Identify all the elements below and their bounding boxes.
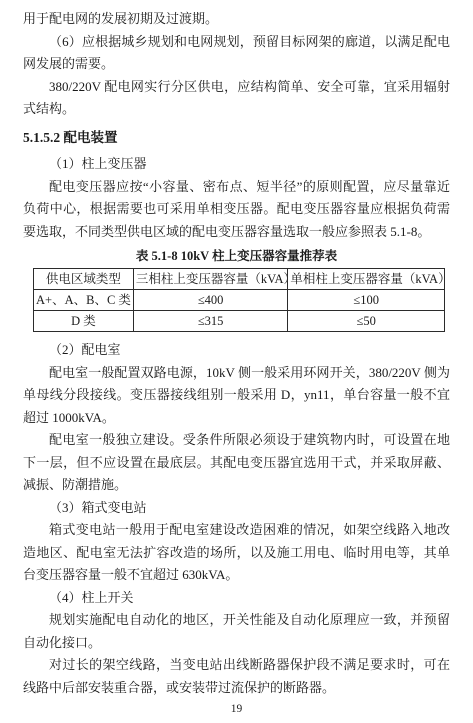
table-header-cell: 供电区域类型 bbox=[34, 269, 134, 290]
item2-body-2: 配电室一般独立建设。受条件所限必须设于建筑物内时，可设置在地下一层，但不应设置在… bbox=[23, 429, 450, 497]
item3-body: 箱式变电站一般用于配电室建设改造困难的情况，如架空线路入地改造地区、配电室无法扩… bbox=[23, 519, 450, 587]
table-header-cell: 单相柱上变压器容量（kVA） bbox=[288, 269, 445, 290]
item4-body-1: 规划实施配电自动化的地区，开关性能及自动化原理应一致，并预留自动化接口。 bbox=[23, 609, 450, 654]
item1-body: 配电变压器应按“小容量、密布点、短半径”的原则配置，应尽量靠近负荷中心，根据需要… bbox=[23, 176, 450, 244]
item1-title: （1）柱上变压器 bbox=[23, 153, 450, 176]
item2-body-1: 配电室一般配置双路电源，10kV 侧一般采用环网开关，380/220V 侧为单母… bbox=[23, 362, 450, 430]
table-cell: ≤50 bbox=[288, 311, 445, 332]
table-row: D 类 ≤315 ≤50 bbox=[34, 311, 445, 332]
table-title: 表 5.1-8 10kV 柱上变压器容量推荐表 bbox=[23, 247, 450, 265]
page-number: 19 bbox=[0, 703, 473, 716]
transformer-capacity-table: 供电区域类型 三相柱上变压器容量（kVA） 单相柱上变压器容量（kVA） A+、… bbox=[33, 268, 445, 332]
table-cell: ≤315 bbox=[133, 311, 288, 332]
table-cell: D 类 bbox=[34, 311, 134, 332]
item4-body-2: 对过长的架空线路，当变电站出线断路器保护段不满足要求时，可在线路中后部安装重合器… bbox=[23, 654, 450, 699]
section-heading-5-1-5-2: 5.1.5.2 配电装置 bbox=[23, 127, 450, 150]
table-cell: ≤100 bbox=[288, 290, 445, 311]
item3-title: （3）箱式变电站 bbox=[23, 497, 450, 520]
paragraph-380-220v: 380/220V 配电网实行分区供电，应结构简单、安全可靠，宜采用辐射式结构。 bbox=[23, 76, 450, 121]
table-header-row: 供电区域类型 三相柱上变压器容量（kVA） 单相柱上变压器容量（kVA） bbox=[34, 269, 445, 290]
table-row: A+、A、B、C 类 ≤400 ≤100 bbox=[34, 290, 445, 311]
document-page: 用于配电网的发展初期及过渡期。 （6）应根据城乡规划和电网规划，预留目标网架的廊… bbox=[0, 0, 473, 723]
table-cell: A+、A、B、C 类 bbox=[34, 290, 134, 311]
item2-title: （2）配电室 bbox=[23, 339, 450, 362]
paragraph-item-6: （6）应根据城乡规划和电网规划，预留目标网架的廊道，以满足配电网发展的需要。 bbox=[23, 31, 450, 76]
table-cell: ≤400 bbox=[133, 290, 288, 311]
paragraph-intro-tail: 用于配电网的发展初期及过渡期。 bbox=[23, 8, 450, 31]
table-header-cell: 三相柱上变压器容量（kVA） bbox=[133, 269, 288, 290]
item4-title: （4）柱上开关 bbox=[23, 587, 450, 610]
